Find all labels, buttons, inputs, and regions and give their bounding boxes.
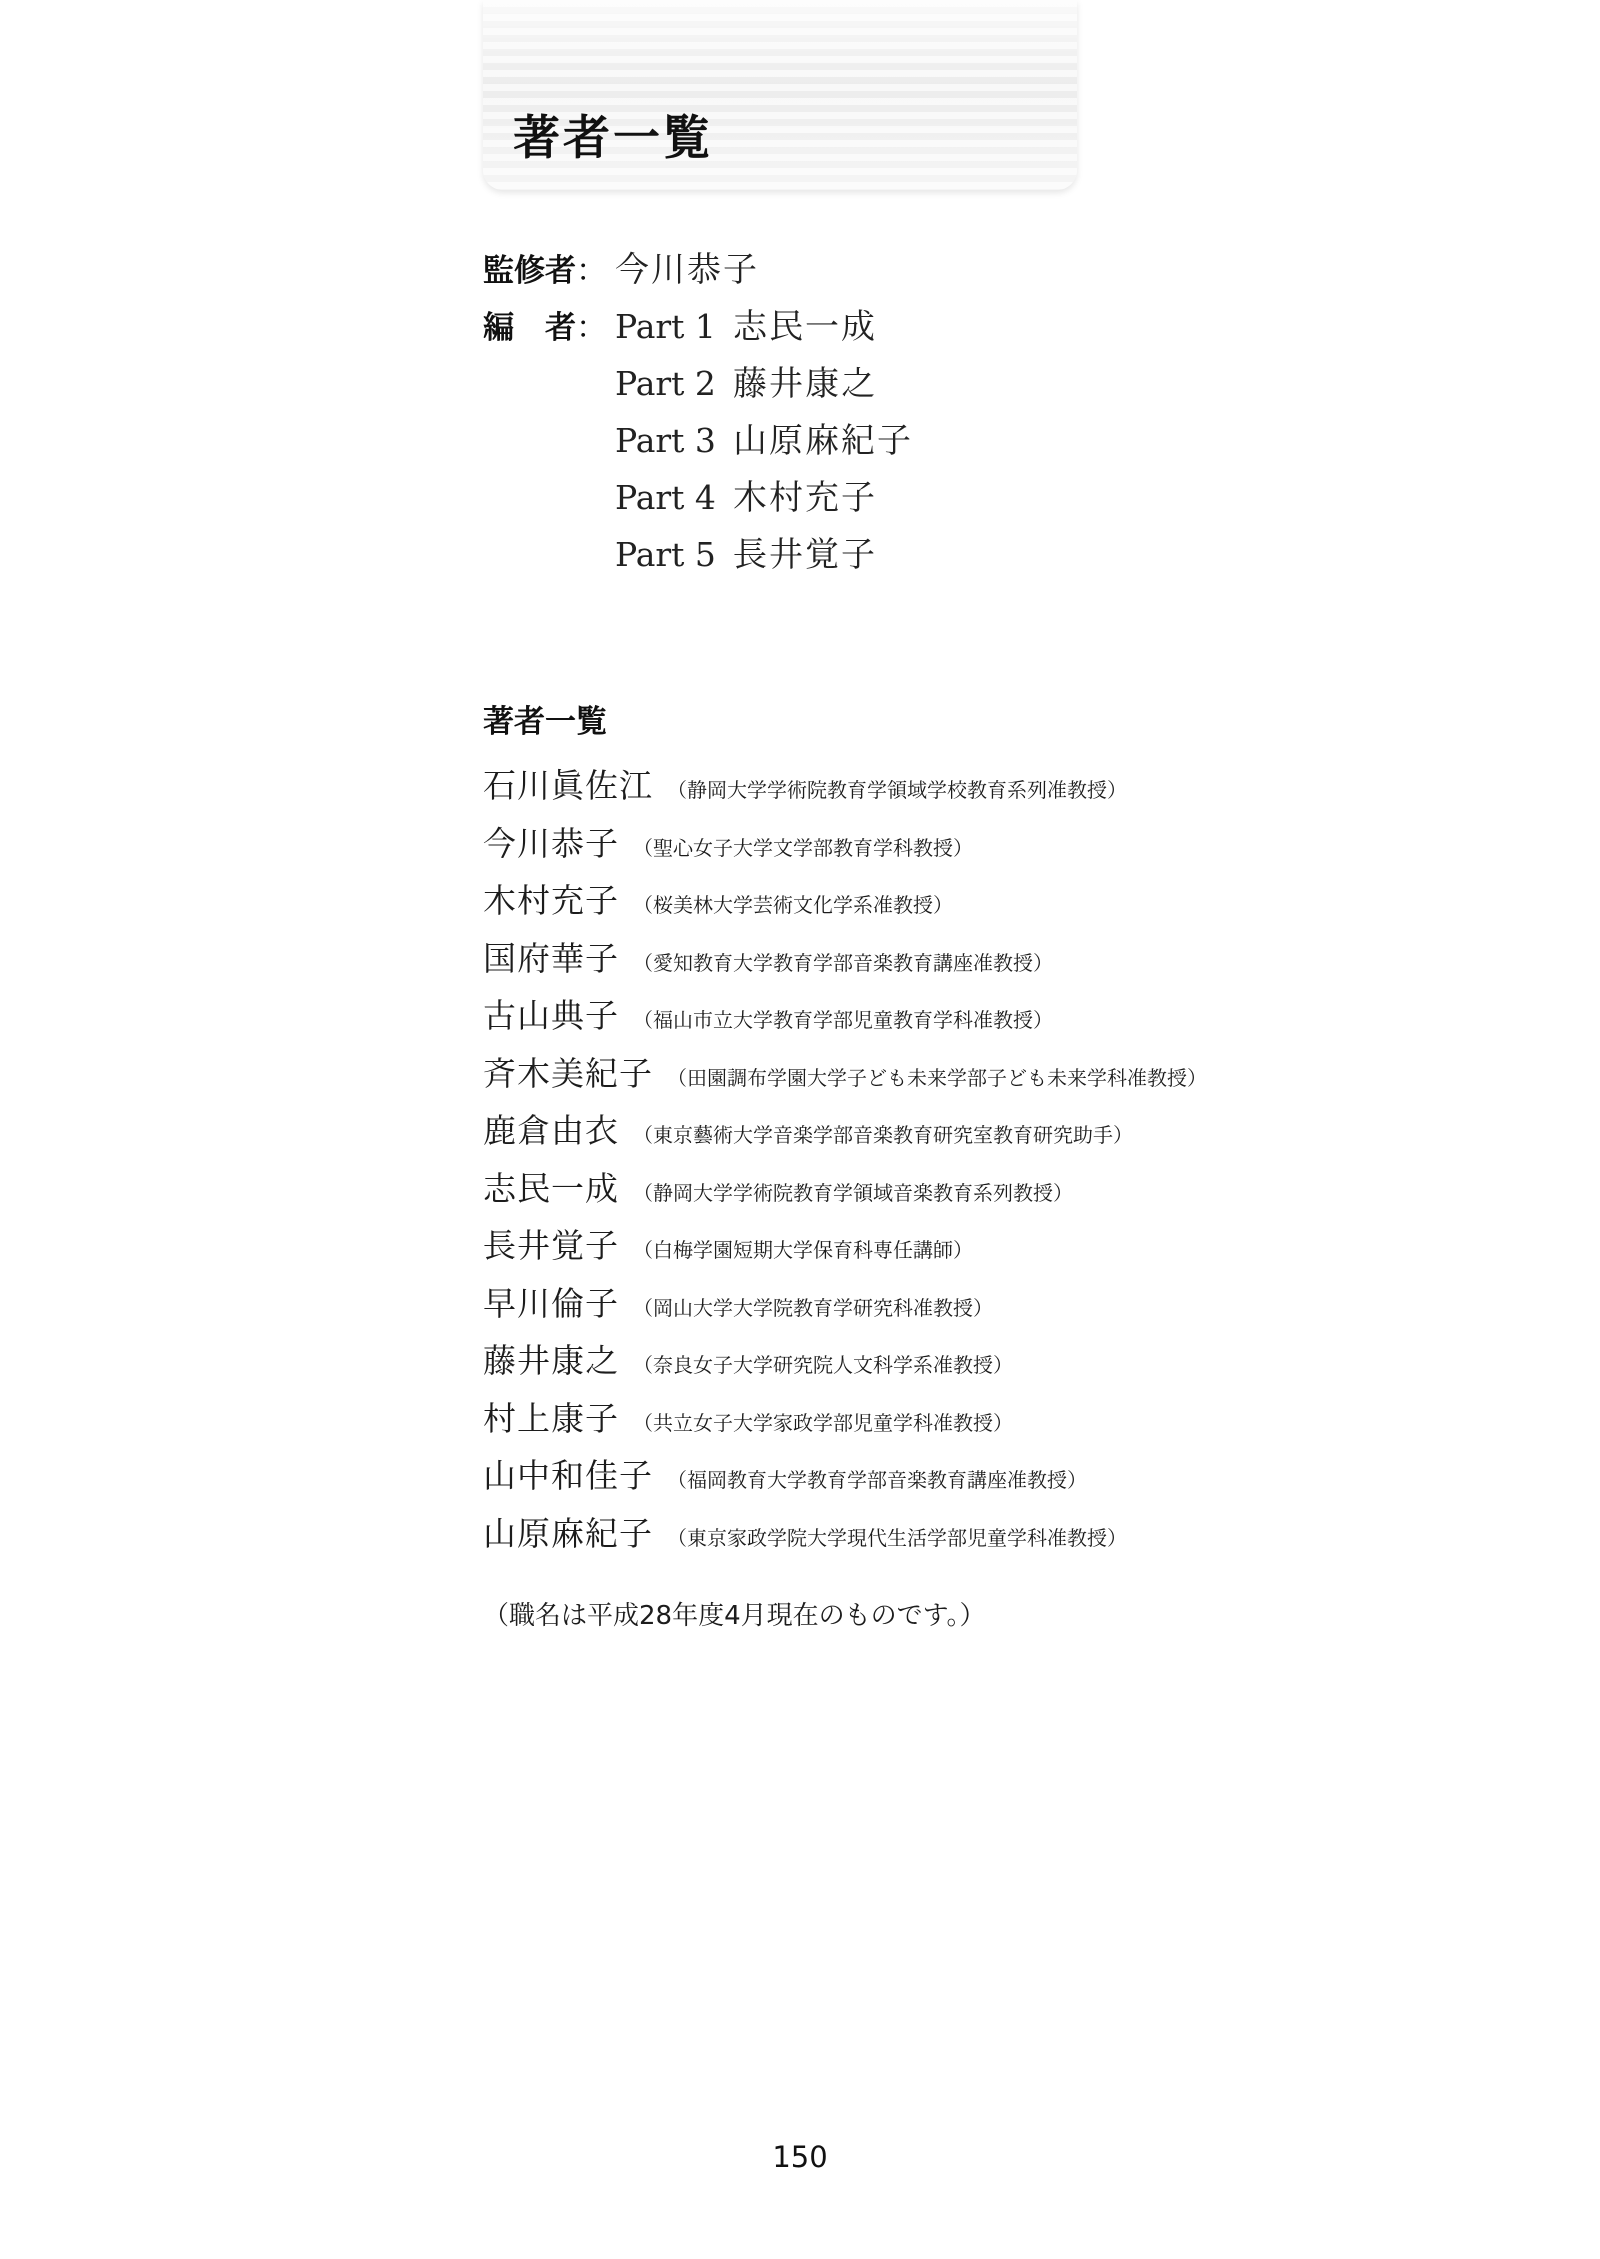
author-row: 国府華子 （愛知教育大学教育学部音楽教育講座准教授）: [483, 933, 1543, 991]
author-affiliation: （白梅学園短期大学保育科専任講師）: [633, 1234, 973, 1263]
author-row: 石川眞佐江 （静岡大学学術院教育学領域学校教育系列准教授）: [483, 760, 1543, 818]
editor-part-name: 長井覚子: [733, 527, 877, 576]
editor-colon: ：: [576, 302, 607, 347]
author-affiliation: （福山市立大学教育学部児童教育学科准教授）: [633, 1004, 1053, 1033]
author-row: 志民一成 （静岡大学学術院教育学領域音楽教育系列教授）: [483, 1163, 1543, 1221]
author-name: 藤井康之: [483, 1335, 619, 1382]
supervisor-colon: ：: [576, 245, 607, 290]
book-page: 著者一覧 監修者 ： 今川恭子 編 者 ： Part 1 志民一成: [0, 0, 1600, 2259]
editor-row: Part 3 山原麻紀子: [483, 413, 1543, 470]
credits-block: 監修者 ： 今川恭子 編 者 ： Part 1 志民一成 Part 2 藤井康之: [483, 242, 1543, 584]
author-name: 今川恭子: [483, 818, 619, 865]
author-affiliation: （桜美林大学芸術文化学系准教授）: [633, 889, 953, 918]
editor-part-name: 山原麻紀子: [733, 413, 913, 462]
author-affiliation: （愛知教育大学教育学部音楽教育講座准教授）: [633, 947, 1053, 976]
editor-part-label: Part 2: [615, 364, 733, 403]
author-affiliation: （岡山大学大学院教育学研究科准教授）: [633, 1292, 993, 1321]
author-name: 村上康子: [483, 1393, 619, 1440]
editor-part-label: Part 3: [615, 421, 733, 460]
page-number: 150: [0, 2140, 1600, 2174]
page-content: 監修者 ： 今川恭子 編 者 ： Part 1 志民一成 Part 2 藤井康之: [483, 190, 1543, 1632]
author-affiliation: （福岡教育大学教育学部音楽教育講座准教授）: [667, 1464, 1087, 1493]
author-affiliation: （静岡大学学術院教育学領域学校教育系列准教授）: [667, 774, 1127, 803]
author-row: 藤井康之 （奈良女子大学研究院人文科学系准教授）: [483, 1335, 1543, 1393]
author-row: 斉木美紀子 （田園調布学園大学子ども未来学部子ども未来学科准教授）: [483, 1048, 1543, 1106]
author-affiliation: （奈良女子大学研究院人文科学系准教授）: [633, 1349, 1013, 1378]
page-title: 著者一覧: [513, 101, 713, 168]
author-name: 早川倫子: [483, 1278, 619, 1325]
author-name: 山原麻紀子: [483, 1508, 653, 1555]
author-affiliation: （静岡大学学術院教育学領域音楽教育系列教授）: [633, 1177, 1073, 1206]
job-title-note: （職名は平成28年度4月現在のものです。）: [483, 1595, 1543, 1632]
author-row: 鹿倉由衣 （東京藝術大学音楽学部音楽教育研究室教育研究助手）: [483, 1105, 1543, 1163]
author-affiliation: （田園調布学園大学子ども未来学部子ども未来学科准教授）: [667, 1062, 1207, 1091]
author-name: 志民一成: [483, 1163, 619, 1210]
author-affiliation: （聖心女子大学文学部教育学科教授）: [633, 832, 973, 861]
editor-row: Part 2 藤井康之: [483, 356, 1543, 413]
editor-part-name: 木村充子: [733, 470, 877, 519]
author-list: 石川眞佐江 （静岡大学学術院教育学領域学校教育系列准教授） 今川恭子 （聖心女子…: [483, 760, 1543, 1565]
editor-label-cell: 編 者 ：: [483, 302, 615, 347]
editor-part-label: Part 4: [615, 478, 733, 517]
author-name: 斉木美紀子: [483, 1048, 653, 1095]
editor-row: 編 者 ： Part 1 志民一成: [483, 299, 1543, 356]
author-row: 山原麻紀子 （東京家政学院大学現代生活学部児童学科准教授）: [483, 1508, 1543, 1566]
author-name: 古山典子: [483, 990, 619, 1037]
editor-part-label: Part 1: [615, 307, 733, 346]
author-row: 山中和佳子 （福岡教育大学教育学部音楽教育講座准教授）: [483, 1450, 1543, 1508]
author-name: 山中和佳子: [483, 1450, 653, 1497]
author-row: 古山典子 （福山市立大学教育学部児童教育学科准教授）: [483, 990, 1543, 1048]
author-row: 長井覚子 （白梅学園短期大学保育科専任講師）: [483, 1220, 1543, 1278]
author-row: 早川倫子 （岡山大学大学院教育学研究科准教授）: [483, 1278, 1543, 1336]
author-row: 今川恭子 （聖心女子大学文学部教育学科教授）: [483, 818, 1543, 876]
author-row: 村上康子 （共立女子大学家政学部児童学科准教授）: [483, 1393, 1543, 1451]
author-affiliation: （東京家政学院大学現代生活学部児童学科准教授）: [667, 1522, 1127, 1551]
authors-section-heading: 著者一覧: [483, 696, 1543, 746]
author-name: 長井覚子: [483, 1220, 619, 1267]
chapter-header-banner: 著者一覧: [483, 0, 1077, 190]
editor-row: Part 5 長井覚子: [483, 527, 1543, 584]
author-name: 国府華子: [483, 933, 619, 980]
author-affiliation: （共立女子大学家政学部児童学科准教授）: [633, 1407, 1013, 1436]
editor-part-label: Part 5: [615, 535, 733, 574]
supervisor-label: 監修者: [483, 245, 576, 290]
supervisor-name: 今川恭子: [615, 242, 759, 291]
editor-part-name: 志民一成: [733, 299, 877, 348]
author-name: 石川眞佐江: [483, 760, 653, 807]
author-affiliation: （東京藝術大学音楽学部音楽教育研究室教育研究助手）: [633, 1119, 1133, 1148]
editor-label: 編 者: [483, 302, 576, 347]
supervisor-row: 監修者 ： 今川恭子: [483, 242, 1543, 299]
author-name: 木村充子: [483, 875, 619, 922]
author-row: 木村充子 （桜美林大学芸術文化学系准教授）: [483, 875, 1543, 933]
supervisor-label-cell: 監修者 ：: [483, 245, 615, 290]
editor-row: Part 4 木村充子: [483, 470, 1543, 527]
author-name: 鹿倉由衣: [483, 1105, 619, 1152]
editor-part-name: 藤井康之: [733, 356, 877, 405]
